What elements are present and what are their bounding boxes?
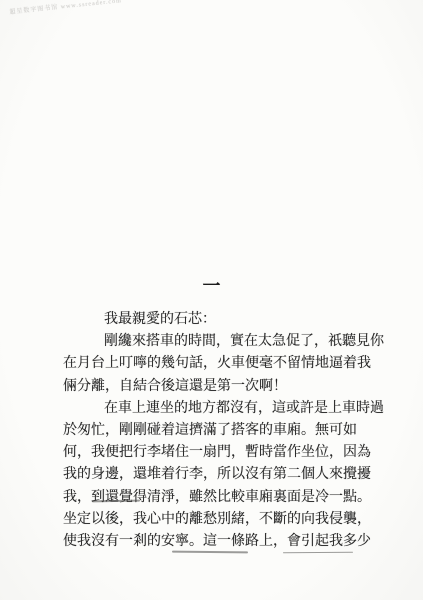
text-line: 我，到還覺得清淨，雖然比較車廂裏面是冷一點。 <box>63 487 375 509</box>
scanned-book-page: 超星数字图书馆 www.ssreader.com 一 我最親愛的石芯： 剛纔來搭… <box>0 0 423 600</box>
text-line: 剛纔來搭車的時間，實在太急促了，祇聽見你 <box>63 331 375 353</box>
text-line: 我的身邊，還堆着行李，所以沒有第二個人來攪擾 <box>63 464 375 486</box>
text-line: 坐定以後，我心中的離愁別緒，不斷的向我侵襲， <box>63 509 375 531</box>
letter-body: 我最親愛的石芯： 剛纔來搭車的時間，實在太急促了，祇聽見你 在月台上叮嚀的幾句話… <box>63 309 375 553</box>
text-line: 在月台上叮嚀的幾句話，火車便毫不留情地逼着我 <box>63 353 375 375</box>
scanner-watermark: 超星数字图书馆 www.ssreader.com <box>9 0 122 16</box>
text-line: 我最親愛的石芯： <box>63 309 375 331</box>
chapter-number: 一 <box>0 272 423 298</box>
text-line: 使我沒有一剎的安寧。這一條路上，會引起我多少 <box>63 531 375 553</box>
text-line: 何，我便把行李堵住一扇門，暫時當作坐位，因為 <box>63 442 375 464</box>
text-line: 於匆忙，剛剛碰着這擠滿了搭客的車廂。無可如 <box>63 420 375 442</box>
text-line: 倆分離，自結合後這還是第一次啊！ <box>63 376 375 398</box>
pencil-mark <box>283 552 353 554</box>
text-line: 在車上連坐的地方都沒有，這或許是上車時過 <box>63 398 375 420</box>
